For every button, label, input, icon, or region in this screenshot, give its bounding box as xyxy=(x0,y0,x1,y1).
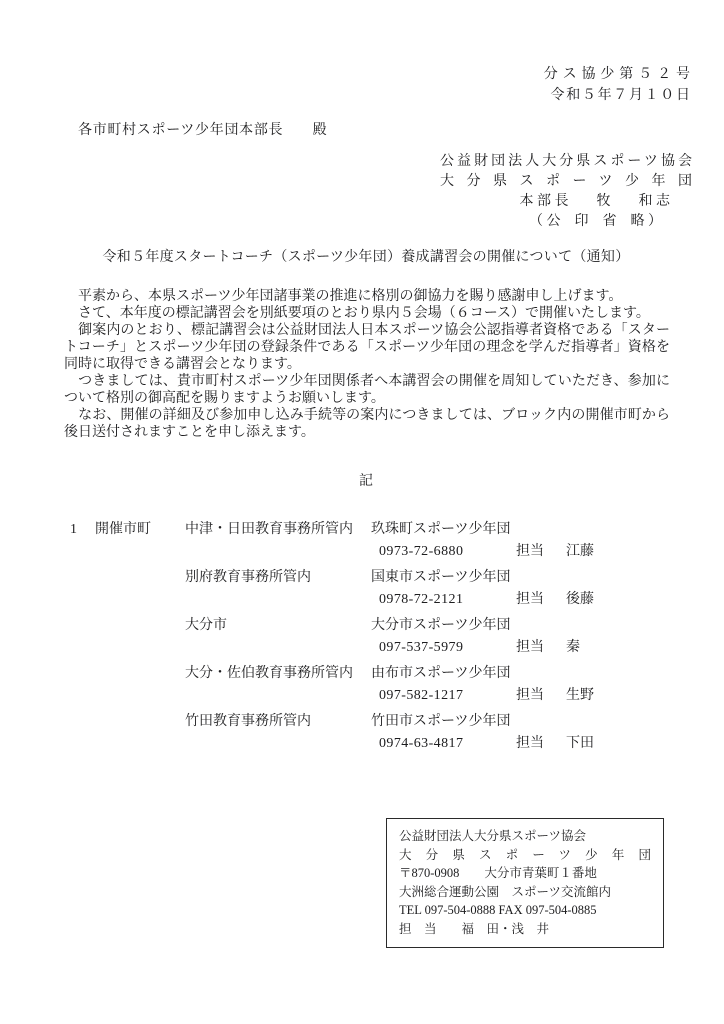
item-label xyxy=(95,615,185,659)
footer-org: 公益財団法人大分県スポーツ協会 xyxy=(399,827,651,846)
venue-entry: 竹田教育事務所管内 竹田市スポーツ少年団 0974-63-4817 担当 下田 xyxy=(70,711,670,755)
venue-region: 大分・佐伯教育事務所管内 xyxy=(185,663,371,707)
venue-club: 大分市スポーツ少年団 xyxy=(371,615,670,637)
venue-phone-line: 0973-72-6880 担当 江藤 xyxy=(371,541,670,563)
document-number: 分ス協少第５２号 xyxy=(544,64,695,85)
footer-address2: 大洲総合運動公園 スポーツ交流館内 xyxy=(399,883,651,902)
venue-club: 国東市スポーツ少年団 xyxy=(371,567,670,589)
venue-entry: 大分・佐伯教育事務所管内 由布市スポーツ少年団 097-582-1217 担当 … xyxy=(70,663,670,707)
item-label xyxy=(95,567,185,611)
venue-region: 中津・日田教育事務所管内 xyxy=(185,519,371,563)
contact-name: 後藤 xyxy=(566,589,594,611)
contact-name: 下田 xyxy=(566,733,594,755)
item-number xyxy=(70,567,95,611)
contact-name: 江藤 xyxy=(566,541,594,563)
addressee: 各市町村スポーツ少年団本部長 殿 xyxy=(78,119,327,139)
venue-detail: 竹田市スポーツ少年団 0974-63-4817 担当 下田 xyxy=(371,711,670,755)
ki-marker: 記 xyxy=(64,470,668,490)
sender-representative: 本 部 長 牧 和 志 xyxy=(440,192,692,212)
contact-name: 秦 xyxy=(566,637,580,659)
body-paragraph: 平素から、本県スポーツ少年団諸事業の推進に格別の御協力を賜り感謝申し上げます。 xyxy=(64,288,670,305)
document-date: 令和５年７月１０日 xyxy=(544,85,692,106)
item-number xyxy=(70,711,95,755)
document-header: 分ス協少第５２号 令和５年７月１０日 xyxy=(544,64,690,106)
contact-label: 担当 xyxy=(516,733,544,755)
venue-club: 玖珠町スポーツ少年団 xyxy=(371,519,670,541)
contact-label: 担当 xyxy=(516,637,544,659)
venue-phone-line: 0978-72-2121 担当 後藤 xyxy=(371,589,670,611)
footer-address1: 〒870-0908 大分市青葉町１番地 xyxy=(399,864,651,883)
footer-contact-names: 担 当 福 田・浅 井 xyxy=(399,920,651,939)
document-page: 分ス協少第５２号 令和５年７月１０日 各市町村スポーツ少年団本部長 殿 公益財団… xyxy=(0,0,724,1024)
venue-region: 大分市 xyxy=(185,615,371,659)
item-label: 開催市町 xyxy=(95,519,185,563)
venue-detail: 由布市スポーツ少年団 097-582-1217 担当 生野 xyxy=(371,663,670,707)
footer-tel-fax: TEL 097-504-0888 FAX 097-504-0885 xyxy=(399,901,651,920)
venue-phone: 097-537-5979 xyxy=(371,637,516,659)
venue-club: 竹田市スポーツ少年団 xyxy=(371,711,670,733)
contact-label: 担当 xyxy=(516,541,544,563)
body-paragraph: さて、本年度の標記講習会を別紙要項のとおり県内５会場（６コース）で開催いたします… xyxy=(64,305,670,322)
item-label xyxy=(95,711,185,755)
venue-phone: 0974-63-4817 xyxy=(371,733,516,755)
venue-region: 別府教育事務所管内 xyxy=(185,567,371,611)
venue-entry: 大分市 大分市スポーツ少年団 097-537-5979 担当 秦 xyxy=(70,615,670,659)
sender-org: 公益財団法人大分県スポーツ協会 xyxy=(440,152,692,172)
contact-name: 生野 xyxy=(566,685,594,707)
body-text: 平素から、本県スポーツ少年団諸事業の推進に格別の御協力を賜り感謝申し上げます。 … xyxy=(64,288,670,441)
item-number: 1 xyxy=(70,519,95,563)
item-number xyxy=(70,615,95,659)
venue-phone-line: 0974-63-4817 担当 下田 xyxy=(371,733,670,755)
footer-org2: 大分県スポーツ少年団 xyxy=(399,846,651,865)
item-number xyxy=(70,663,95,707)
venue-detail: 国東市スポーツ少年団 0978-72-2121 担当 後藤 xyxy=(371,567,670,611)
page-title: 令和５年度スタートコーチ（スポーツ少年団）養成講習会の開催について（通知） xyxy=(64,246,668,266)
body-paragraph: 御案内のとおり、標記講習会は公益財団法人日本スポーツ協会公認指導者資格である「ス… xyxy=(64,322,670,373)
venue-phone-line: 097-582-1217 担当 生野 xyxy=(371,685,670,707)
body-paragraph: つきましては、貴市町村スポーツ少年団関係者へ本講習会の開催を周知していただき、参… xyxy=(64,373,670,407)
contact-label: 担当 xyxy=(516,685,544,707)
venue-entry: 別府教育事務所管内 国東市スポーツ少年団 0978-72-2121 担当 後藤 xyxy=(70,567,670,611)
seal-omitted-note: （ 公 印 省 略 ） xyxy=(440,212,692,232)
venue-phone: 097-582-1217 xyxy=(371,685,516,707)
venue-region: 竹田教育事務所管内 xyxy=(185,711,371,755)
contact-label: 担当 xyxy=(516,589,544,611)
item-label xyxy=(95,663,185,707)
footer-contact-box: 公益財団法人大分県スポーツ協会 大分県スポーツ少年団 〒870-0908 大分市… xyxy=(386,818,664,948)
sender-block: 公益財団法人大分県スポーツ協会 大分県スポーツ少年団 本 部 長 牧 和 志 （… xyxy=(440,152,692,232)
venue-entry: 1 開催市町 中津・日田教育事務所管内 玖珠町スポーツ少年団 0973-72-6… xyxy=(70,519,670,563)
sender-org2: 大分県スポーツ少年団 xyxy=(440,172,692,192)
body-paragraph: なお、開催の詳細及び参加申し込み手続等の案内につきましては、ブロック内の開催市町… xyxy=(64,407,670,441)
venue-phone-line: 097-537-5979 担当 秦 xyxy=(371,637,670,659)
venue-phone: 0973-72-6880 xyxy=(371,541,516,563)
venue-phone: 0978-72-2121 xyxy=(371,589,516,611)
venue-detail: 玖珠町スポーツ少年団 0973-72-6880 担当 江藤 xyxy=(371,519,670,563)
venue-detail: 大分市スポーツ少年団 097-537-5979 担当 秦 xyxy=(371,615,670,659)
venue-list: 1 開催市町 中津・日田教育事務所管内 玖珠町スポーツ少年団 0973-72-6… xyxy=(70,519,670,759)
venue-club: 由布市スポーツ少年団 xyxy=(371,663,670,685)
